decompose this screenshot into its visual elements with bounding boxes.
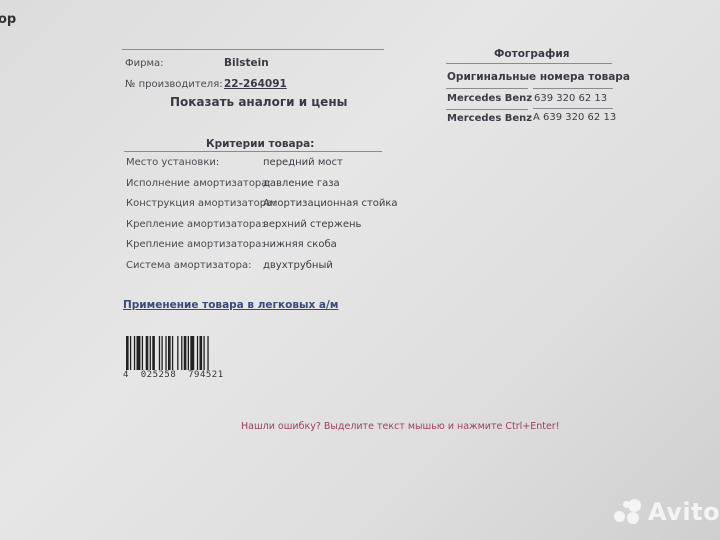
barcode-image [126, 336, 210, 370]
divider [124, 151, 382, 152]
vehicle-application-link[interactable]: Применение товара в легковых а/м [123, 299, 338, 311]
divider [533, 88, 613, 89]
original-numbers-title: Оригинальные номера товара [447, 71, 630, 83]
truncated-heading: ор [0, 12, 16, 27]
criteria-label: Крепление амортизатора: [126, 239, 265, 250]
criteria-value: двухтрубный [263, 260, 333, 271]
show-analogs-link[interactable]: Показать аналоги и цены [170, 95, 347, 109]
original-number: 639 320 62 13 [534, 93, 607, 104]
firm-value: Bilstein [224, 57, 269, 69]
avito-watermark: Avito [614, 498, 720, 526]
criteria-value: передний мост [263, 157, 343, 168]
divider [122, 49, 384, 50]
divider [446, 109, 528, 110]
original-brand: Mercedes Benz [447, 113, 532, 124]
error-report-hint: Нашли ошибку? Выделите текст мышью и наж… [241, 421, 560, 432]
criteria-label: Исполнение амортизатора: [126, 178, 271, 189]
criteria-label: Конструкция амортизатора: [126, 198, 276, 209]
avito-logo-icon [614, 499, 644, 525]
criteria-label: Система амортизатора: [126, 260, 252, 271]
original-number: A 639 320 62 13 [533, 112, 616, 123]
avito-wordmark: Avito [648, 498, 720, 526]
part-number-label: № производителя: [125, 79, 223, 90]
photo-title: Фотография [494, 48, 570, 60]
criteria-title: Критерии товара: [206, 138, 314, 150]
divider [446, 63, 612, 64]
part-number-link[interactable]: 22-264091 [224, 78, 287, 90]
criteria-value: Амортизационная стойка [263, 198, 398, 209]
divider [533, 108, 613, 109]
original-brand: Mercedes Benz [447, 93, 532, 104]
divider [446, 88, 528, 89]
criteria-label: Место установки: [126, 157, 219, 168]
firm-label: Фирма: [125, 58, 164, 69]
barcode-number: 4 025258 794521 [123, 370, 224, 380]
criteria-value: давление газа [263, 178, 340, 189]
criteria-value: верхний стержень [263, 219, 361, 230]
criteria-label: Крепление амортизатора: [126, 219, 265, 230]
criteria-value: нижняя скоба [263, 239, 337, 250]
